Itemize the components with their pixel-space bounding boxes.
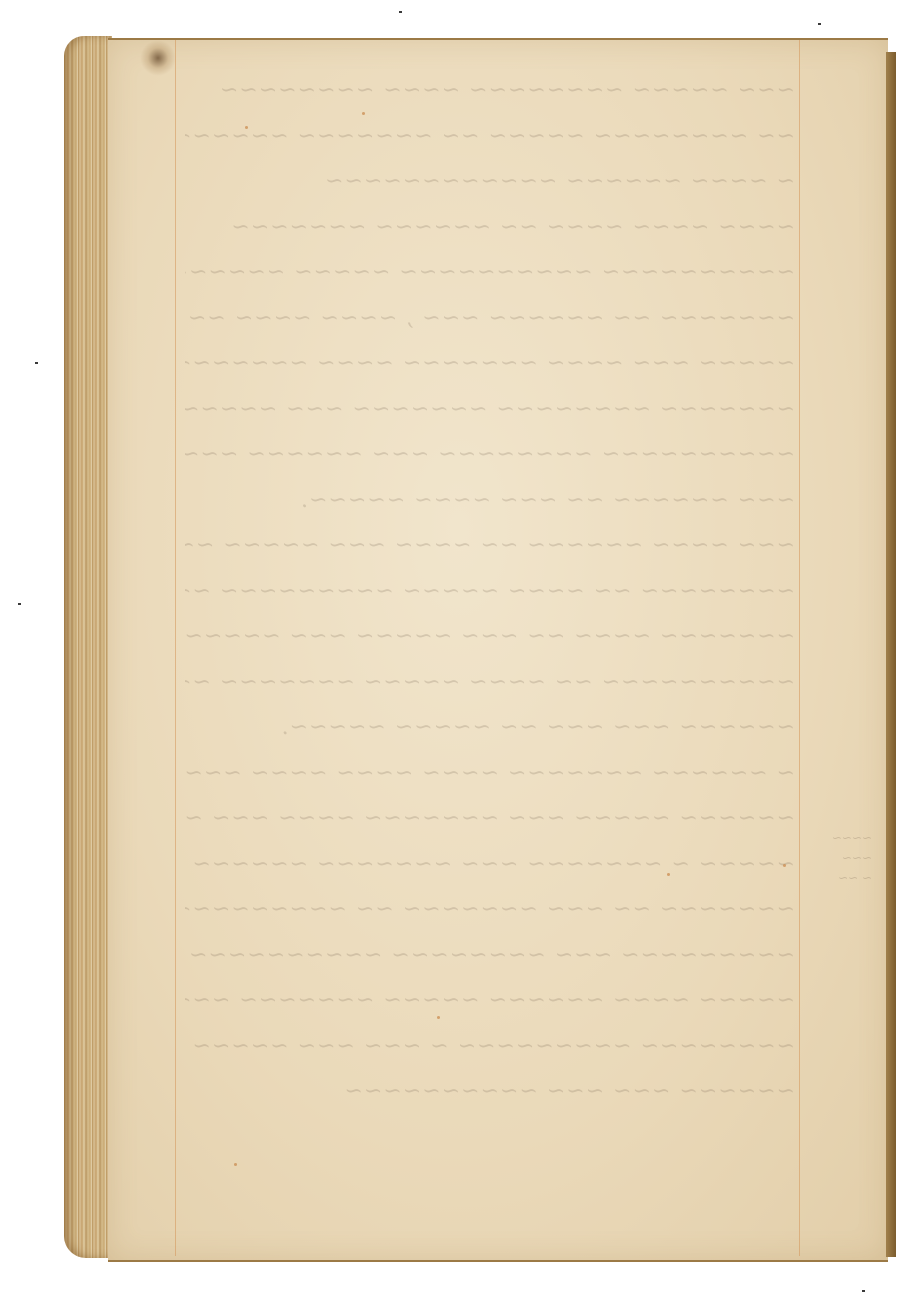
foxing-speck — [437, 1016, 440, 1019]
text-line: ~~ ~~~~~~~~ ~~~~~ ~~ ~~~~~~~ ~~~~~~ — [185, 114, 795, 160]
margin-note-line: ~~~~ — [812, 828, 872, 848]
scan-artifact — [862, 1290, 865, 1292]
margin-note-line: ~~~ — [812, 848, 872, 868]
margin-note-line: ~ ~~ — [812, 868, 872, 888]
text-line: ~~~~~ ~~~~ ~~~~~~ ~~~~~ ~~~~~~~ ~~~~~~ — [185, 978, 795, 1024]
binding-edge — [886, 52, 896, 1257]
foxing-speck — [667, 873, 670, 876]
foxing-speck — [245, 126, 248, 129]
text-line: ~~~~~~~~~~ ~~~~~~~~ ~~~ ~~~~~~ ~~~ — [185, 432, 795, 478]
scan-artifact — [818, 23, 821, 25]
text-line: ~~~~~~~~~~ ~~~~~~~~~~ ~~~~~ ~~~~~~ — [185, 250, 795, 296]
text-line: ~~~~~~~ ~~ ~~~ ~~~~~~~ ~~ ~~~~~~~~~~ ~~~ — [185, 887, 795, 933]
foxing-speck — [234, 1163, 237, 1166]
scan-artifact — [399, 11, 402, 13]
text-line: ~~~ ~~~~ ~~~~~~ ~~ ~~~~ ~~~ ~~~~~ ~~ — [185, 523, 795, 569]
text-line: ~~~~~~~ ~~~~~~~~ ~~~~~~~ ~~~ ~~~~~ — [185, 387, 795, 433]
text-line: ~~~ ~~~~~~ ~~ ~~~ ~~~~ ~~~~~. — [185, 478, 795, 524]
text-line: ~~~~~~~~~~ ~~ ~~~~ ~~~~~ ~~~~~~~ ~~ ~~~ — [185, 660, 795, 706]
text-line: ~~~~~~ ~~~ ~~~ ~~ ~~~~~ ~~~~~. — [185, 705, 795, 751]
scan-artifact — [35, 362, 38, 364]
right-margin-rule — [799, 40, 800, 1256]
scan-artifact — [18, 603, 21, 605]
text-line: ~~~~~~~~~ ~~~ ~~~~~~~~ ~~~~~~~~~~ ~~~~ — [185, 933, 795, 979]
left-margin-rule — [175, 40, 176, 1256]
foxing-speck — [362, 112, 365, 115]
text-line: ~ ~~~~~~ ~~~~~~~ ~~~~ ~~~~ ~~~~ ~~~~~~~~ — [185, 751, 795, 797]
ink-stain — [140, 40, 176, 76]
foxing-speck — [783, 864, 786, 867]
text-line: ~~~~~~~~ ~~~~~~~~~ ~ ~~~ ~~~ ~~~~~ ~~~~ — [185, 1024, 795, 1070]
text-line: ~~~~~~~ ~~ ~~~~~~ ~~~ , ~~~~ ~~~~ ~~ — [185, 296, 795, 342]
text-line: ~~~~ ~~~~ ~~~~ ~~ ~~~~~~ ~~~~~~~ — [185, 205, 795, 251]
text-line: ~~~~~~ ~~~~~ ~~~ ~~~~~~~ ~~~~ ~~~ ~~~~ — [185, 796, 795, 842]
page-fore-edge — [64, 36, 112, 1258]
text-line: ~~~~~~~~ ~~ ~~~~ ~~~~~ ~~~~~~~~~ ~~~ — [185, 569, 795, 615]
notebook-photo: ~~~ ~~~~~ ~~~~~~~~ ~~~~ ~~~~~~~~ ~~ ~~~~… — [0, 0, 897, 1312]
text-line: ~~~~~ ~~~ ~~~~ ~~~~~~~ ~~~~ ~~~~~~~ — [185, 341, 795, 387]
text-line: ~~~ ~~~~~ ~~~~~~~~ ~~~~ ~~~~~~~~ — [185, 68, 795, 114]
margin-annotation: ~~~~ ~~~ ~ ~~ — [812, 828, 872, 888]
text-line: ~~~~~~ ~~~ ~~~ ~~~~~~~~~~ — [185, 1069, 795, 1115]
text-line: ~~~~~~~ ~~~~ ~~ ~~~ ~~~~~ ~~~ ~~~~~ ~~ — [185, 614, 795, 660]
text-line: ~ ~~~~ ~~~~~~ ~~~~~~~~~~~~ — [185, 159, 795, 205]
bleed-through-text: ~~~ ~~~~~ ~~~~~~~~ ~~~~ ~~~~~~~~ ~~ ~~~~… — [185, 68, 795, 1115]
text-line: ~~~~~ ~ ~~~~~~~ ~~~ ~~~~~~~ ~~~~~~ ~~~~~ — [185, 842, 795, 888]
